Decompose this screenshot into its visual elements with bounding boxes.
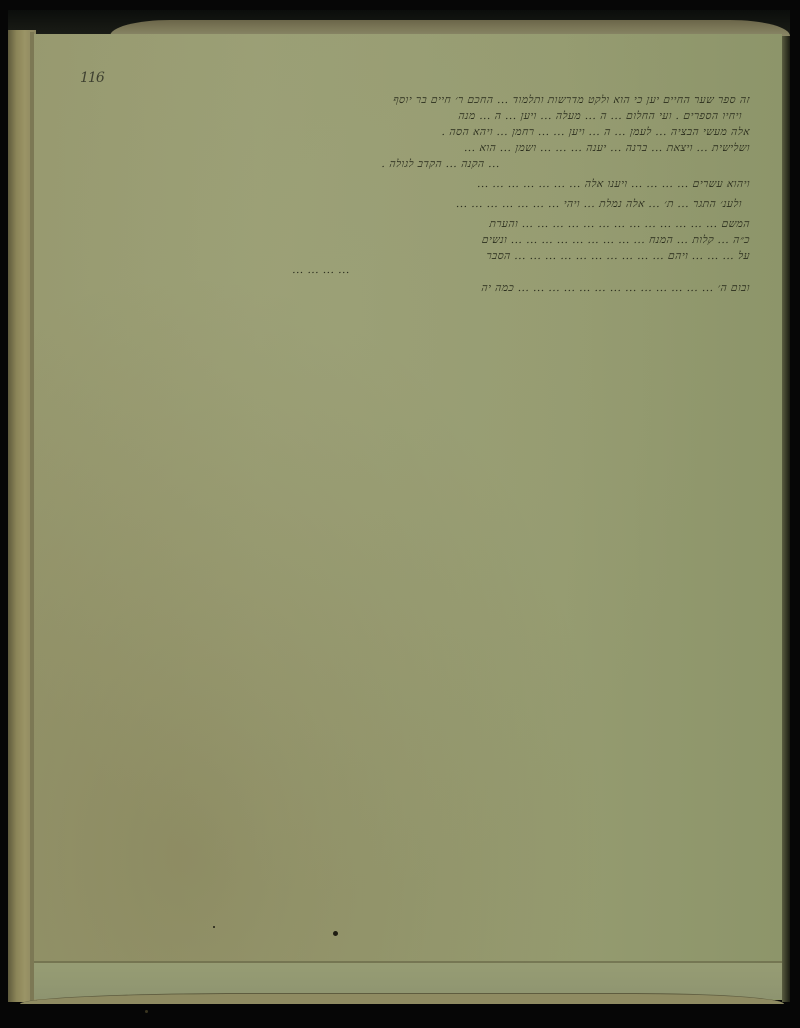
text-line-3: אלה מעשי הבציה ... לעמן ... ה ... ויען .… xyxy=(139,124,751,140)
page-right-edge xyxy=(782,36,790,1002)
text-line-12: ובום ה׳ ... ... ... ... ... ... ... ... … xyxy=(139,280,751,296)
ink-blot xyxy=(333,931,338,936)
text-line-10: על ... ... ... ויהם ... ... ... ... ... … xyxy=(139,248,751,264)
ink-speck xyxy=(213,926,215,928)
handwritten-text-block: זה ספר שער החיים יען כי הוא ולקט מדרשות … xyxy=(140,92,750,296)
text-line-5: ... הקנה ... הקדב לגולה . xyxy=(139,156,751,172)
text-line-2: ויחיו הספרים . ועי החלום ... ה ... מעלה … xyxy=(139,108,751,124)
folio-number: 116 xyxy=(80,70,104,86)
text-line-1: זה ספר שער החיים יען כי הוא ולקט מדרשות … xyxy=(139,92,751,108)
text-line-9: כ״ה ... קלות ... המנח ... ... ... ... ..… xyxy=(139,232,751,248)
binding-gutter xyxy=(30,32,34,1002)
text-line-4: ושלישית ... ויצאת ... ברנה ... יענה ... … xyxy=(139,140,751,156)
manuscript-scan: 116 זה ספר שער החיים יען כי הוא ולקט מדר… xyxy=(0,0,800,1028)
torn-bottom-edge xyxy=(20,993,784,1004)
ink-speck xyxy=(145,1010,148,1013)
text-line-8: המשם ... ... ... ... ... ... ... ... ...… xyxy=(139,216,751,232)
text-line-11: ... ... ... ... xyxy=(139,264,750,276)
text-line-7: ולענ׳ התגר ... ת׳ ... אלה נמלת ... ויהי … xyxy=(139,196,751,212)
text-line-6: ויהוא עשרים ... ... ... ... ויענו אלה ..… xyxy=(139,176,751,192)
